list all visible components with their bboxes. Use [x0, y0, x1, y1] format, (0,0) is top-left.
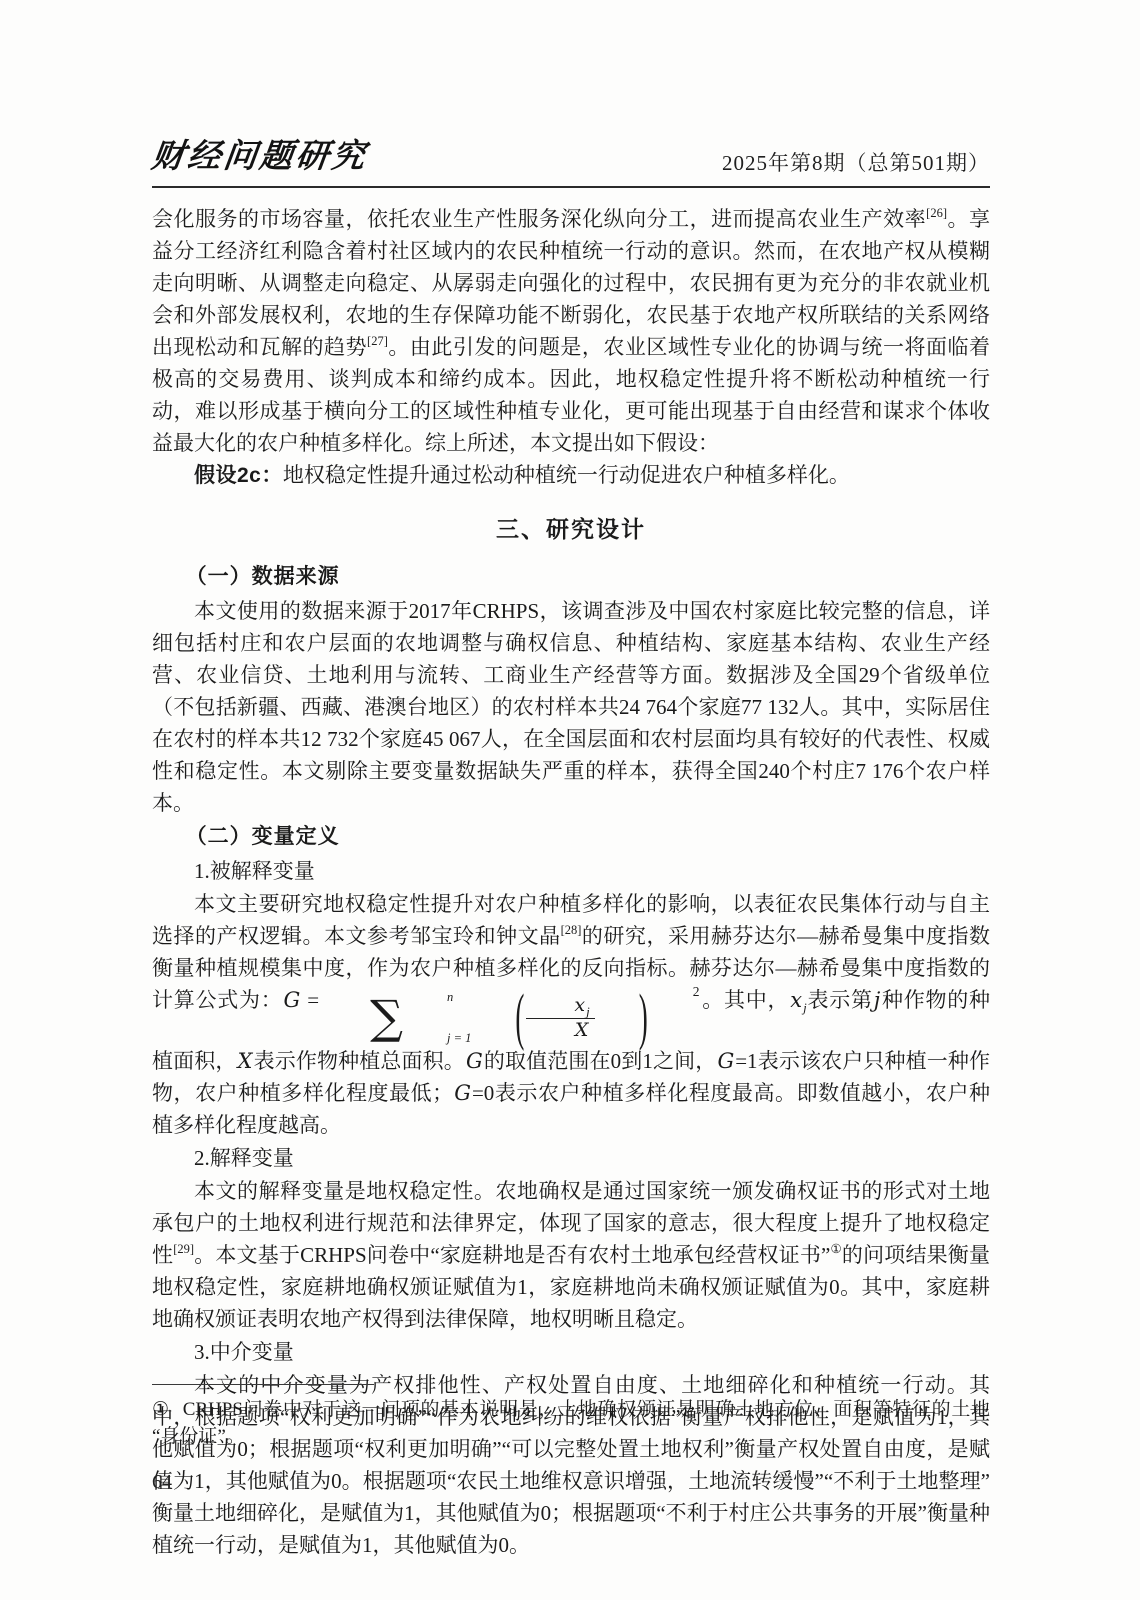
sum-lower-limit: j = 1	[405, 1032, 471, 1045]
subsection-data-source: （一）数据来源	[152, 561, 990, 593]
superscript-ref: [29]	[173, 1242, 194, 1256]
page-number: 64	[152, 1471, 990, 1494]
item-explanatory-variable: 2.解释变量	[152, 1142, 990, 1174]
issue-info: 2025年第8期（总第501期）	[722, 147, 990, 177]
text-run: 地权稳定性提升通过松动种植统一行动促进农户种植多样化。	[283, 463, 850, 487]
text-run: 。本文基于CRHPS问卷中“家庭耕地是否有农村土地承包经营权证书”	[194, 1243, 830, 1267]
math-variable: j	[873, 988, 882, 1012]
sigma-symbol: ∑	[328, 997, 403, 1038]
text-run: 本文使用的数据来源于2017年CRHPS，该调查涉及中国农村家庭比较完整的信息，…	[152, 599, 990, 815]
journal-page: 财经问题研究 2025年第8期（总第501期） 会化服务的市场容量，依托农业生产…	[0, 0, 1140, 1600]
superscript-ref: ①	[830, 1242, 842, 1256]
math-variable: G	[716, 1049, 735, 1073]
sum-limits: nj = 1	[405, 991, 471, 1045]
bold-label: 假设2c：	[194, 464, 283, 487]
superscript-ref: [27]	[367, 334, 388, 348]
superscript-ref: [26]	[926, 206, 947, 220]
item-explained-variable: 1.被解释变量	[152, 855, 990, 887]
math-variable-subscripted: xj	[789, 988, 806, 1012]
sum-upper-limit: n	[405, 991, 471, 1004]
page-footer: ①CRHPS问卷中对于这一问项的基本说明是，土地确权颁证是明确土地方位、面积等特…	[152, 1384, 990, 1494]
fraction-denominator: X	[532, 1019, 590, 1040]
exponent: 2	[651, 985, 700, 999]
subsection-variable-definition: （二）变量定义	[152, 821, 990, 853]
left-paren: (	[471, 986, 526, 1049]
paragraph-intro: 会化服务的市场容量，依托农业生产性服务深化纵向分工，进而提高农业生产效率[26]…	[152, 203, 990, 459]
text-run: 的取值范围在0到1之间，	[484, 1049, 717, 1073]
math-variable: G	[283, 988, 302, 1012]
footnote-divider	[152, 1384, 374, 1385]
page-body: 会化服务的市场容量，依托农业生产性服务深化纵向分工，进而提高农业生产效率[26]…	[152, 203, 990, 1561]
text-run: 会化服务的市场容量，依托农业生产性服务深化纵向分工，进而提高农业生产效率	[152, 207, 926, 231]
item-mediating-variable: 3.中介变量	[152, 1336, 990, 1368]
text-run: CRHPS问卷中对于这一问项的基本说明是，土地确权颁证是明确土地方位、面积等特征…	[152, 1399, 990, 1447]
page-content: 财经问题研究 2025年第8期（总第501期） 会化服务的市场容量，依托农业生产…	[152, 130, 990, 1561]
footnote-marker: ①	[152, 1399, 170, 1420]
hhi-formula: ∑nj = 1(xjX)2	[328, 991, 698, 1045]
page-header: 财经问题研究 2025年第8期（总第501期）	[152, 130, 990, 188]
paragraph-data-source: 本文使用的数据来源于2017年CRHPS，该调查涉及中国农村家庭比较完整的信息，…	[152, 595, 990, 819]
fraction: xjX	[526, 996, 594, 1040]
footnote: ①CRHPS问卷中对于这一问项的基本说明是，土地确权颁证是明确土地方位、面积等特…	[152, 1396, 990, 1450]
math-variable: G	[465, 1049, 484, 1073]
right-paren: )	[595, 986, 650, 1049]
text-run: 表示作物种植总面积。	[253, 1049, 464, 1073]
math-variable: X	[237, 1049, 254, 1073]
journal-logo: 财经问题研究	[149, 130, 371, 177]
superscript-ref: [28]	[561, 923, 582, 937]
text-run: =	[301, 988, 325, 1012]
math-variable: G	[453, 1081, 472, 1105]
hypothesis-2c: 假设2c：地权稳定性提升通过松动种植统一行动促进农户种植多样化。	[152, 459, 990, 492]
text-run: 表示第	[807, 988, 873, 1012]
paragraph-explanatory-variable: 本文的解释变量是地权稳定性。农地确权是通过国家统一颁发确权证书的形式对土地承包户…	[152, 1175, 990, 1335]
section-heading-research-design: 三、研究设计	[152, 513, 990, 545]
paragraph-explained-variable: 本文主要研究地权稳定性提升对农户种植多样化的影响，以表征农民集体行动与自主选择的…	[152, 888, 990, 1141]
fraction-numerator: xj	[526, 996, 594, 1019]
text-run: 。其中，	[702, 988, 790, 1012]
